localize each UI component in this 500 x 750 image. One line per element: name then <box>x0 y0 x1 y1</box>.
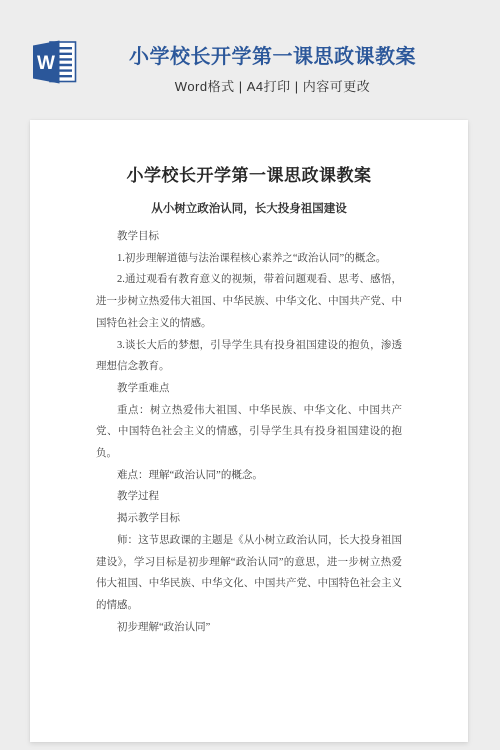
preview-screen: W 小学校长开学第一课思政课教案 Word格式 | A4打印 | 内容可更改 小… <box>0 0 500 120</box>
doc-page-subtitle: 从小树立政治认同，长大投身祖国建设 <box>96 200 402 218</box>
doc-paragraph: 2.通过观看有教育意义的视频，带着问题观看、思考、感悟，进一步树立热爱伟大祖国、… <box>96 269 402 334</box>
doc-paragraph: 重点：树立热爱伟大祖国、中华民族、中华文化、中国共产党、中国特色社会主义的情感，… <box>96 400 402 465</box>
doc-paragraph: 教学过程 <box>96 486 402 508</box>
document-title: 小学校长开学第一课思政课教案 <box>45 44 500 70</box>
doc-paragraph: 教学重难点 <box>96 378 402 400</box>
header-text: 小学校长开学第一课思政课教案 Word格式 | A4打印 | 内容可更改 <box>45 44 500 95</box>
doc-paragraph: 揭示教学目标 <box>96 508 402 530</box>
document-header: W 小学校长开学第一课思政课教案 Word格式 | A4打印 | 内容可更改 <box>0 0 500 120</box>
doc-page-title: 小学校长开学第一课思政课教案 <box>96 164 402 188</box>
doc-paragraph: 初步理解“政治认同” <box>96 617 402 639</box>
document-page: 小学校长开学第一课思政课教案 从小树立政治认同，长大投身祖国建设 教学目标1.初… <box>30 120 468 742</box>
doc-paragraph: 难点：理解“政治认同”的概念。 <box>96 465 402 487</box>
doc-paragraph: 教学目标 <box>96 226 402 248</box>
doc-paragraph: 师：这节思政课的主题是《从小树立政治认同，长大投身祖国建设》，学习目标是初步理解… <box>96 530 402 617</box>
format-info: Word格式 | A4打印 | 内容可更改 <box>45 78 500 95</box>
doc-paragraph: 3.谈长大后的梦想，引导学生具有投身祖国建设的抱负，渗透理想信念教育。 <box>96 335 402 378</box>
doc-body: 教学目标1.初步理解道德与法治课程核心素养之“政治认同”的概念。2.通过观看有教… <box>96 226 402 638</box>
doc-paragraph: 1.初步理解道德与法治课程核心素养之“政治认同”的概念。 <box>96 248 402 270</box>
